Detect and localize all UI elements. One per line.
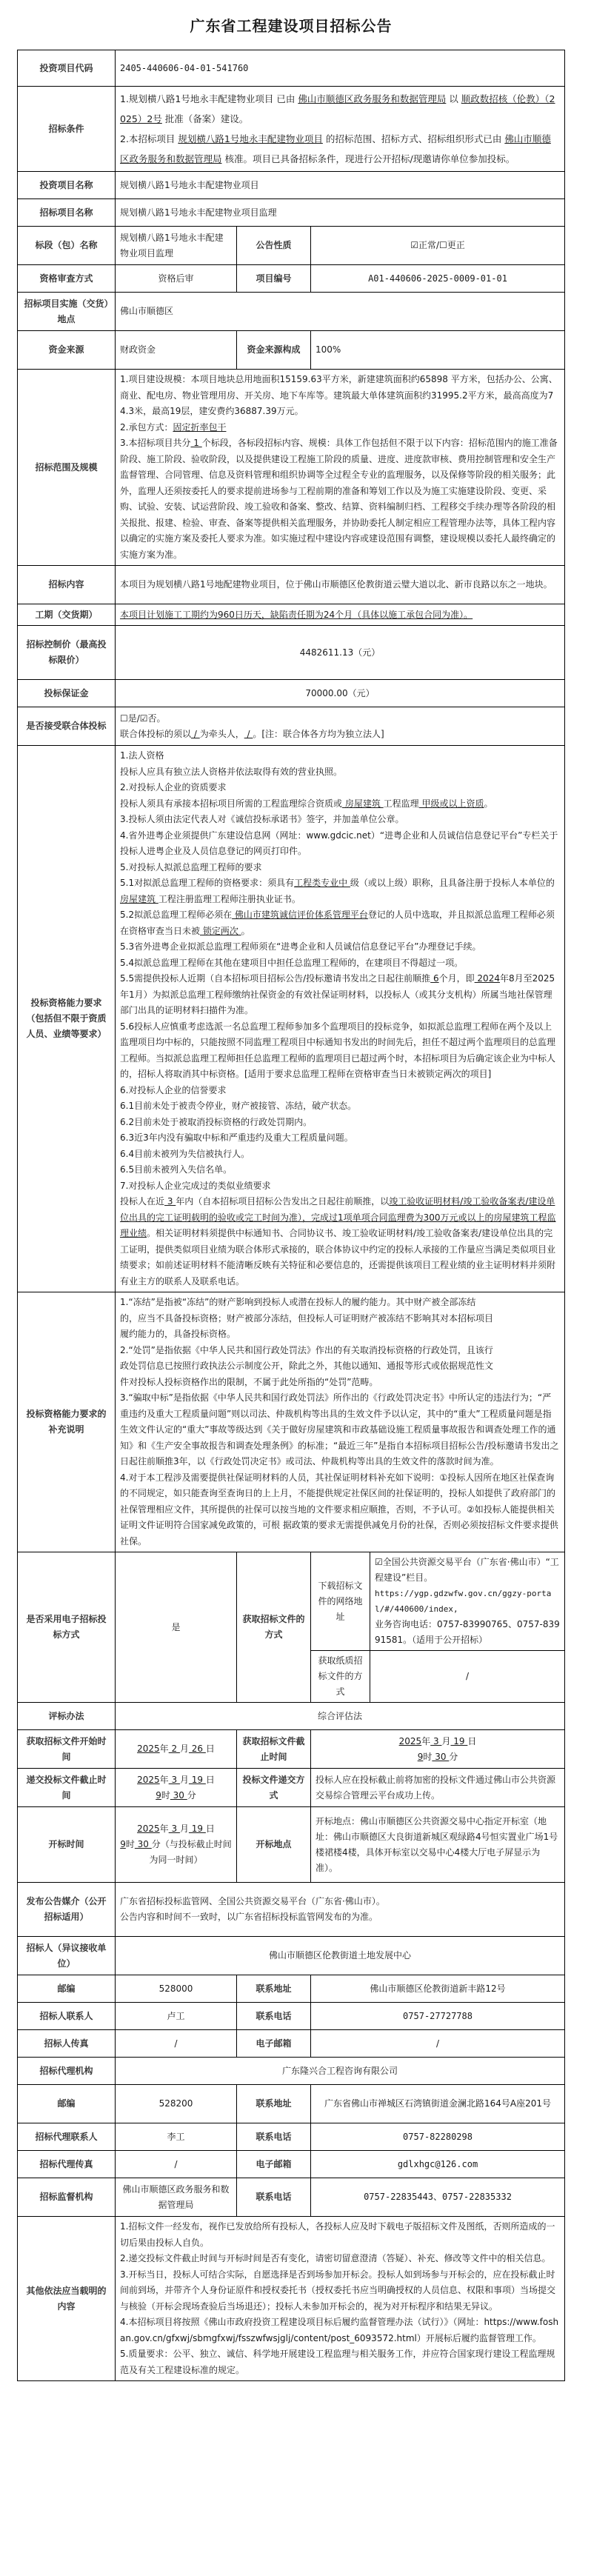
agent-fax-value: / <box>116 2151 237 2178</box>
row-funding: 资金来源 财政资金 资金来源构成 100% <box>18 331 565 370</box>
price-label: 招标控制价（最高投标限价） <box>18 626 116 680</box>
obtain-method-label: 获取招标文件的方式 <box>237 1552 311 1703</box>
row-opening: 开标时间 2025年 3 月 19 日 9时 30 分（与投标截止时间为同一时间… <box>18 1807 565 1883</box>
row-evaluation: 评标办法 综合评估法 <box>18 1703 565 1730</box>
qualification-value: 资格后审 <box>116 265 237 293</box>
supervisor-value: 佛山市顺德区政务服务和数据管理局 <box>116 2178 237 2217</box>
agent-email-label: 电子邮箱 <box>237 2151 311 2178</box>
row-agent: 招标代理机构 广东隆兴合工程咨询有限公司 <box>18 2058 565 2085</box>
obtain-start-value: 2025年 2 月 26 日 <box>116 1730 237 1769</box>
nature-value: ☑正常/☐更正 <box>311 227 565 265</box>
row-agent-contact: 招标代理联系人 李工 联系电话 0757-82280298 <box>18 2123 565 2151</box>
funding-label: 资金来源 <box>18 331 116 370</box>
funding-value: 财政资金 <box>116 331 237 370</box>
download-url-link[interactable]: https://ygp.gdzwfw.gov.cn/ggzy-portal/#/… <box>375 1586 560 1617</box>
requirement-item: 3.投标人须由法定代表人对《诚信投标承诺书》签字，并加盖单位公章。 <box>120 812 560 828</box>
requirement-item: 5.4拟派总监理工程师在其他在建项目中担任总监理工程师的，在建项目不得超过一项。 <box>120 955 560 972</box>
media-label: 发布公告媒介（公开招标适用） <box>18 1883 116 1937</box>
supervisor-label: 招标监督机构 <box>18 2178 116 2217</box>
invest-name-value: 规划横八路1号地永丰配建物业项目 <box>116 172 565 199</box>
row-agent-post: 邮编 528200 联系地址 广东省佛山市禅城区石湾镇街道金澜北路164号A座2… <box>18 2085 565 2123</box>
tenderer-contact-value: 卢工 <box>116 2003 237 2030</box>
requirement-item: 6.1目前未处于被责令停业，财产被接管、冻结，破产状态。 <box>120 1098 560 1115</box>
row-section: 标段（包）名称 规划横八路1号地永丰配建物业项目监理 公告性质 ☑正常/☐更正 <box>18 227 565 265</box>
deposit-label: 投标保证金 <box>18 680 116 707</box>
section-label: 标段（包）名称 <box>18 227 116 265</box>
row-tenderer-post: 邮编 528000 联系地址 佛山市顺德区伦教街道新丰路12号 <box>18 1975 565 2003</box>
period-label: 工期（交货期） <box>18 604 116 626</box>
tenderer-contact-label: 招标人联系人 <box>18 2003 116 2030</box>
row-media: 发布公告媒介（公开招标适用） 广东省招标投标监管网、全国公共资源交易平台（广东省… <box>18 1883 565 1937</box>
row-content: 招标内容 本项目为规划横八路1号地配建物业项目，位于佛山市顺德区伦教街道云璧大道… <box>18 566 565 604</box>
location-label: 招标项目实施（交货）地点 <box>18 293 116 331</box>
obtain-end-label: 获取招标文件截止时间 <box>237 1730 311 1769</box>
content-value: 本项目为规划横八路1号地配建物业项目，位于佛山市顺德区伦教街道云璧大道以北、新市… <box>116 566 565 604</box>
row-invest-name: 投资项目名称 规划横八路1号地永丰配建物业项目 <box>18 172 565 199</box>
download-value: ☑全国公共资源交易平台（广东省·佛山市）“工程建设”栏目。 https://yg… <box>370 1552 565 1651</box>
tenderer-email-label: 电子邮箱 <box>237 2030 311 2058</box>
requirement-item: 7.对投标人企业完成过的类似业绩要求 <box>120 1178 560 1195</box>
tenderer-postcode-label: 邮编 <box>18 1975 116 2003</box>
requirement-item: 2.对投标人企业的资质要求 <box>120 780 560 796</box>
electronic-label: 是否采用电子招标投标方式 <box>18 1552 116 1703</box>
tenderer-phone-label: 联系电话 <box>237 2003 311 2030</box>
requirement-item: 5.对投标人拟派总监理工程师的要求 <box>120 860 560 876</box>
project-code-value: 2405-440606-04-01-541760 <box>116 50 565 87</box>
agent-postcode-value: 528200 <box>116 2085 237 2123</box>
row-qualification: 资格审查方式 资格后审 项目编号 A01-440606-2025-0009-01… <box>18 265 565 293</box>
tenderer-postcode-value: 528000 <box>116 1975 237 2003</box>
supplement-value: 1.“冻结”是指被“冻结”的财产影响到投标人或潜在投标人的履约能力。其中财产被全… <box>116 1292 565 1552</box>
requirements-value: 1.法人资格投标人应具有独立法人资格并依法取得有效的营业执照。2.对投标人企业的… <box>116 746 565 1292</box>
requirement-item: 6.对投标人企业的信誉要求 <box>120 1083 560 1099</box>
price-value: 4482611.13（元） <box>116 626 565 680</box>
row-tenderer-fax: 招标人传真 / 电子邮箱 / <box>18 2030 565 2058</box>
agent-postcode-label: 邮编 <box>18 2085 116 2123</box>
row-tender-name: 招标项目名称 规划横八路1号地永丰配建物业项目监理 <box>18 199 565 227</box>
tender-name-label: 招标项目名称 <box>18 199 116 227</box>
row-tenderer: 招标人（异议接收单位） 佛山市顺德区伦教街道土地发展中心 <box>18 1937 565 1975</box>
consortium-label: 是否接受联合体投标 <box>18 707 116 746</box>
deposit-value: 70000.00（元） <box>116 680 565 707</box>
requirement-item: 6.2目前未处于被取消投标资格的行政处罚期内。 <box>120 1115 560 1131</box>
tenderer-phone-value: 0757-27727788 <box>311 2003 565 2030</box>
evaluation-value: 综合评估法 <box>116 1703 565 1730</box>
row-requirements: 投标资格能力要求（包括但不限于资质人员、业绩等要求） 1.法人资格投标人应具有独… <box>18 746 565 1292</box>
row-conditions: 招标条件 1.规划横八路1号地永丰配建物业项目 已由 佛山市顺德区政务服务和数据… <box>18 87 565 172</box>
agent-phone-value: 0757-82280298 <box>311 2123 565 2151</box>
conditions-label: 招标条件 <box>18 87 116 172</box>
opening-place-label: 开标地点 <box>237 1807 311 1883</box>
row-electronic-1: 是否采用电子招标投标方式 是 获取招标文件的方式 下载招标文件的网络地址 ☑全国… <box>18 1552 565 1651</box>
electronic-value: 是 <box>116 1552 237 1703</box>
row-location: 招标项目实施（交货）地点 佛山市顺德区 <box>18 293 565 331</box>
row-tenderer-contact: 招标人联系人 卢工 联系电话 0757-27727788 <box>18 2003 565 2030</box>
submit-method-value: 投标人应在投标截止前将加密的投标文件通过佛山市公共资源交易综合管理云平台成功上传… <box>311 1769 565 1807</box>
requirement-item: 6.4目前未被列为失信被执行人。 <box>120 1147 560 1163</box>
requirement-item: 5.5需提供投标人近期（自本招标项目招标公告/投标邀请书发出之日起往前顺推 6个… <box>120 971 560 1019</box>
other-label: 其他依法应当载明的内容 <box>18 2217 116 2381</box>
evaluation-label: 评标办法 <box>18 1703 116 1730</box>
requirement-item: 5.6投标人应慎重考虑选派一名总监理工程师参加多个监理项目的投标竞争，如拟派总监… <box>120 1019 560 1083</box>
download-label: 下载招标文件的网络地址 <box>311 1552 370 1651</box>
tenderer-address-label: 联系地址 <box>237 1975 311 2003</box>
paper-value: / <box>370 1651 565 1703</box>
row-project-code: 投资项目代码 2405-440606-04-01-541760 <box>18 50 565 87</box>
supplement-label: 投标资格能力要求的补充说明 <box>18 1292 116 1552</box>
location-value: 佛山市顺德区 <box>116 293 565 331</box>
row-period: 工期（交货期） 本项目计划施工工期约为960日历天，缺陷责任期为24个月（具体以… <box>18 604 565 626</box>
opening-time-value: 2025年 3 月 19 日 9时 30 分（与投标截止时间为同一时间） <box>116 1807 237 1883</box>
invest-name-label: 投资项目名称 <box>18 172 116 199</box>
requirement-item: 投标人在近 3 年内（自本招标项目招标公告发出之日起往前顺推，以竣工验收证明材料… <box>120 1194 560 1289</box>
requirements-label: 投标资格能力要求（包括但不限于资质人员、业绩等要求） <box>18 746 116 1292</box>
nature-label: 公告性质 <box>237 227 311 265</box>
obtain-end-value: 2025年 3 月 19 日 9时 30 分 <box>311 1730 565 1769</box>
opening-time-label: 开标时间 <box>18 1807 116 1883</box>
opening-place-value: 开标地点：佛山市顺德区公共资源交易中心指定开标室（地址：佛山市顺德区大良街道新城… <box>311 1807 565 1883</box>
paper-label: 获取纸质招标文件的方式 <box>311 1651 370 1703</box>
agent-phone-label: 联系电话 <box>237 2123 311 2151</box>
submit-deadline-label: 递交投标文件截止时间 <box>18 1769 116 1807</box>
media-value: 广东省招标投标监管网、全国公共资源交易平台（广东省·佛山市）。 公告内容和时间不… <box>116 1883 565 1937</box>
section-value: 规划横八路1号地永丰配建物业项目监理 <box>116 227 237 265</box>
supervisor-phone-label: 联系电话 <box>237 2178 311 2217</box>
announcement-table: 投资项目代码 2405-440606-04-01-541760 招标条件 1.规… <box>17 50 565 2381</box>
requirement-item: 4.省外进粤企业须提供广东建设信息网（网址：www.gdcic.net）“进粤企… <box>120 828 560 860</box>
content-label: 招标内容 <box>18 566 116 604</box>
requirement-item: 5.1对拟派总监理工程师的资格要求：须具有工程类专业中 级（或以上级）职称，且具… <box>120 875 560 907</box>
agent-contact-label: 招标代理联系人 <box>18 2123 116 2151</box>
tenderer-email-value: / <box>311 2030 565 2058</box>
row-price: 招标控制价（最高投标限价） 4482611.13（元） <box>18 626 565 680</box>
submit-deadline-value: 2025年 3 月 19 日 9时 30 分 <box>116 1769 237 1807</box>
agent-contact-value: 李工 <box>116 2123 237 2151</box>
funding-composition-value: 100% <box>311 331 565 370</box>
scope-value: 1.项目建设规模：本项目地块总用地面积15159.63平方米，新建建筑面积约65… <box>116 370 565 566</box>
supervisor-phone-value: 0757-22835443、0757-22835332 <box>311 2178 565 2217</box>
agent-label: 招标代理机构 <box>18 2058 116 2085</box>
tenderer-fax-label: 招标人传真 <box>18 2030 116 2058</box>
conditions-value: 1.规划横八路1号地永丰配建物业项目 已由 佛山市顺德区政务服务和数据管理局 以… <box>116 87 565 172</box>
row-supplement: 投标资格能力要求的补充说明 1.“冻结”是指被“冻结”的财产影响到投标人或潜在投… <box>18 1292 565 1552</box>
other-value: 1.招标文件一经发布，视作已发放给所有投标人，各投标人应及时下载电子版招标文件及… <box>116 2217 565 2381</box>
row-deposit: 投标保证金 70000.00（元） <box>18 680 565 707</box>
requirement-item: 1.法人资格 <box>120 748 560 764</box>
qualification-label: 资格审查方式 <box>18 265 116 293</box>
row-submit: 递交投标文件截止时间 2025年 3 月 19 日 9时 30 分 投标文件递交… <box>18 1769 565 1807</box>
agent-address-label: 联系地址 <box>237 2085 311 2123</box>
tenderer-address-value: 佛山市顺德区伦教街道新丰路12号 <box>311 1975 565 2003</box>
submit-method-label: 投标文件递交方式 <box>237 1769 311 1807</box>
agent-address-value: 广东省佛山市禅城区石湾镇街道金澜北路164号A座201号 <box>311 2085 565 2123</box>
announcement-page: 广东省工程建设项目招标公告 投资项目代码 2405-440606-04-01-5… <box>0 0 565 2381</box>
agent-value: 广东隆兴合工程咨询有限公司 <box>116 2058 565 2085</box>
tender-name-value: 规划横八路1号地永丰配建物业项目监理 <box>116 199 565 227</box>
row-obtain-time: 获取招标文件开始时间 2025年 2 月 26 日 获取招标文件截止时间 202… <box>18 1730 565 1769</box>
requirement-item: 投标人应具有独立法人资格并依法取得有效的营业执照。 <box>120 764 560 781</box>
project-number-label: 项目编号 <box>237 265 311 293</box>
page-title: 广东省工程建设项目招标公告 <box>17 0 565 50</box>
tenderer-label: 招标人（异议接收单位） <box>18 1937 116 1975</box>
requirement-item: 6.5目前未被列入失信名单。 <box>120 1162 560 1178</box>
project-code-label: 投资项目代码 <box>18 50 116 87</box>
row-other: 其他依法应当载明的内容 1.招标文件一经发布，视作已发放给所有投标人，各投标人应… <box>18 2217 565 2381</box>
period-value: 本项目计划施工工期约为960日历天，缺陷责任期为24个月（具体以施工承包合同为准… <box>116 604 565 626</box>
requirement-item: 5.3省外进粤企业拟派总监理工程师须在“进粤企业和人员诚信信息登记平台”办理登记… <box>120 939 560 955</box>
requirement-item: 投标人须具有承接本招标项目所需的工程监理综合资质或 房屋建筑 工程监理 甲级或以… <box>120 796 560 812</box>
requirement-item: 6.3近3年内没有骗取中标和严重违约及重大工程质量问题。 <box>120 1130 560 1147</box>
tenderer-value: 佛山市顺德区伦教街道土地发展中心 <box>116 1937 565 1975</box>
scope-label: 招标范围及规模 <box>18 370 116 566</box>
row-agent-fax: 招标代理传真 / 电子邮箱 gdlxhgc@126.com <box>18 2151 565 2178</box>
tenderer-fax-value: / <box>116 2030 237 2058</box>
agent-email-link[interactable]: gdlxhgc@126.com <box>311 2151 565 2178</box>
requirement-item: 5.2拟派总监理工程师必须在 佛山市建筑诚信评价体系管理平台登记的人员中选取，并… <box>120 907 560 939</box>
funding-composition-label: 资金来源构成 <box>237 331 311 370</box>
row-scope: 招标范围及规模 1.项目建设规模：本项目地块总用地面积15159.63平方米，新… <box>18 370 565 566</box>
agent-fax-label: 招标代理传真 <box>18 2151 116 2178</box>
obtain-start-label: 获取招标文件开始时间 <box>18 1730 116 1769</box>
row-consortium: 是否接受联合体投标 ☐是/☑否。 联合体投标的须以 / 为牵头人， / 。[注：… <box>18 707 565 746</box>
consortium-value: ☐是/☑否。 联合体投标的须以 / 为牵头人， / 。[注：联合体各方均为独立法… <box>116 707 565 746</box>
row-supervisor: 招标监督机构 佛山市顺德区政务服务和数据管理局 联系电话 0757-228354… <box>18 2178 565 2217</box>
project-number-value: A01-440606-2025-0009-01-01 <box>311 265 565 293</box>
